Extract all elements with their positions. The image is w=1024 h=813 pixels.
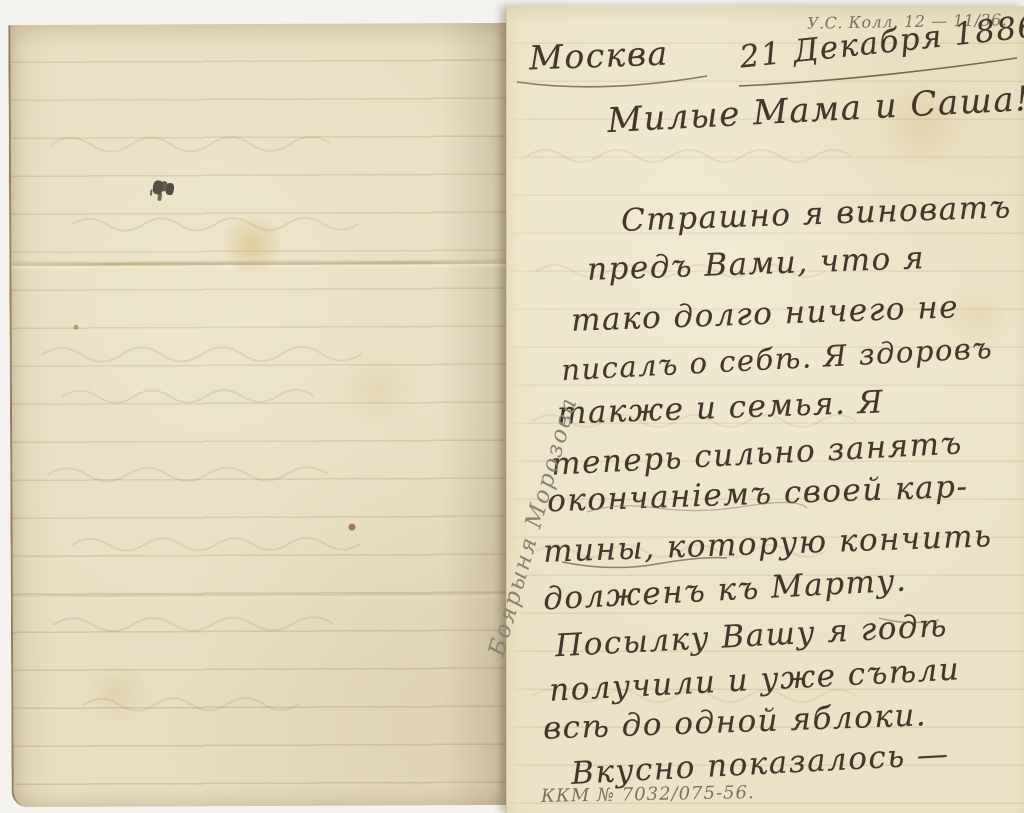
letter-line: предъ Вами, что я [586, 240, 925, 288]
letter-place: Москва [528, 34, 669, 78]
show-through-writing [10, 23, 513, 807]
letter-line: писалъ о себѣ. Я здоровъ [560, 331, 993, 388]
stain [221, 216, 283, 274]
right-page: У.С. Колл. 12 — 11/36. Москва 21 Декабря… [506, 6, 1024, 813]
ink-speck [348, 524, 355, 531]
letter-scan: У.С. Колл. 12 — 11/36. Москва 21 Декабря… [0, 0, 1024, 813]
stain [332, 353, 422, 423]
stain [83, 664, 153, 720]
letter-line: тины, которую кончить [543, 518, 994, 570]
letter-line: тако долго ничего не [570, 289, 959, 339]
letter-line: долженъ къ Марту. [542, 562, 908, 617]
inventory-mark: ККМ № 7032/075-56. [541, 782, 755, 807]
ink-smudge [152, 180, 164, 195]
ink-speck [74, 325, 79, 330]
left-page [8, 23, 513, 807]
letter-salutation: Милые Мама и Саша! [606, 79, 1024, 141]
letter-line: также и семья. Я [556, 384, 884, 431]
fold-crease-faint [13, 593, 513, 597]
letter-line: Страшно я виноватъ [620, 189, 1012, 239]
fold-crease [11, 261, 511, 266]
